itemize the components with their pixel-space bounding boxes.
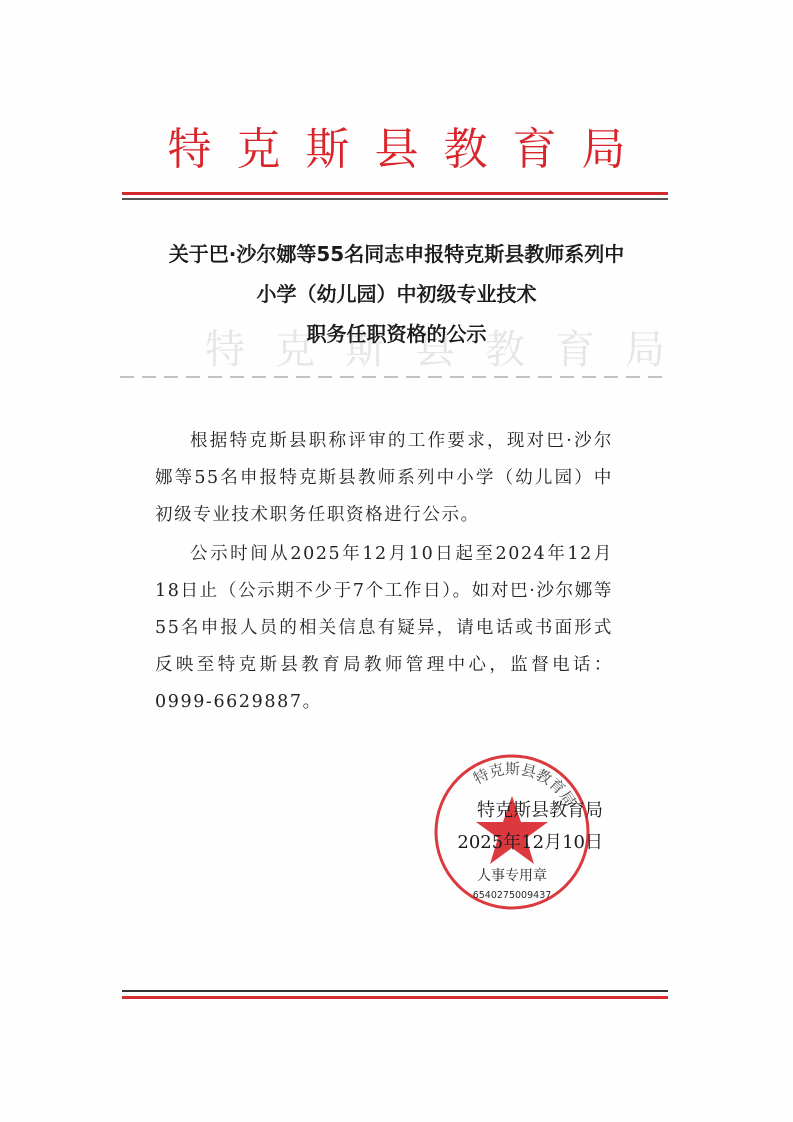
document-body: 根据特克斯县职称评审的工作要求，现对巴·沙尔娜等55名申报特克斯县教师系列中小学… (155, 423, 613, 721)
header-dark-rule (122, 198, 668, 200)
watermark-rule (120, 376, 670, 378)
footer-red-rule (122, 996, 668, 999)
svg-text:人事专用章: 人事专用章 (477, 867, 547, 884)
signature-block: 特克斯县教育局 2025年12月10日 (433, 795, 603, 859)
paragraph-2: 公示时间从2025年12月10日起至2024年12月18日止（公示期不少于7个工… (155, 536, 613, 721)
paragraph-1: 根据特克斯县职称评审的工作要求，现对巴·沙尔娜等55名申报特克斯县教师系列中小学… (155, 423, 613, 534)
svg-text:6540275009437: 6540275009437 (473, 890, 552, 901)
document-title: 关于巴·沙尔娜等55名同志申报特克斯县教师系列中 小学（幼儿园）中初级专业技术 … (0, 234, 793, 354)
header-red-rule (122, 192, 668, 195)
title-line-3: 职务任职资格的公示 (0, 314, 793, 354)
footer-dark-rule (122, 990, 668, 992)
signature-date: 2025年12月10日 (433, 827, 603, 859)
title-line-1: 关于巴·沙尔娜等55名同志申报特克斯县教师系列中 (0, 234, 793, 274)
org-title: 特克斯县教育局 (0, 120, 793, 180)
document-page: 特克斯县教育局 特克斯县教育局 关于巴·沙尔娜等55名同志申报特克斯县教师系列中… (0, 0, 793, 1122)
title-line-2: 小学（幼儿园）中初级专业技术 (0, 274, 793, 314)
signature-org: 特克斯县教育局 (433, 795, 603, 827)
